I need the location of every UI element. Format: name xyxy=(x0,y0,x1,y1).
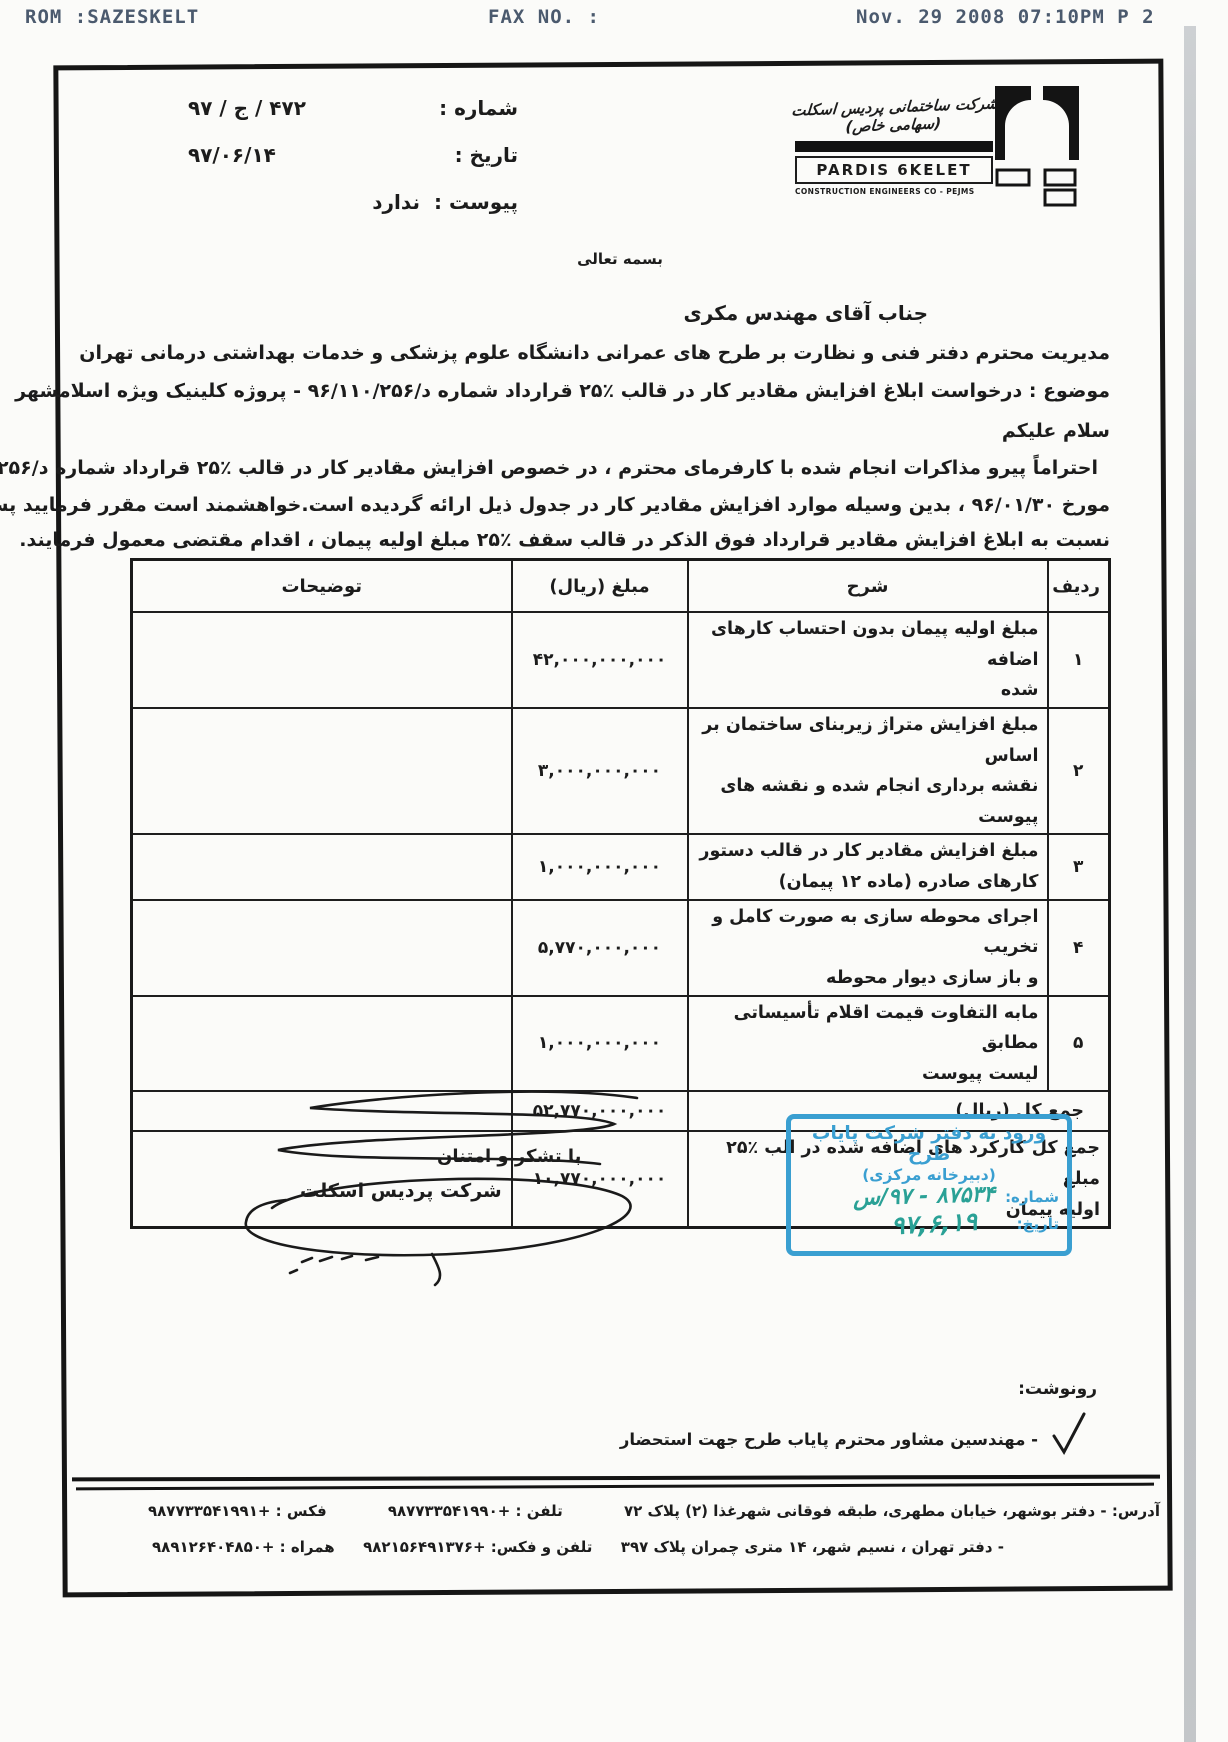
logo-bar xyxy=(795,141,993,152)
fax-header-from: ROM :SAZESKELT xyxy=(25,6,199,28)
ref-date-line: تاریخ : ۹۷/۰۶/۱۴ xyxy=(188,143,518,190)
header-notes: توضیحات xyxy=(132,560,512,613)
row-notes-cell xyxy=(132,834,512,899)
header-description: شرح xyxy=(688,560,1048,613)
ref-number-value: ۴۷۲ / ج / ۹۷ xyxy=(188,96,306,143)
row-desc-cell: اجرای محوطه سازی به صورت کامل و تخریب و … xyxy=(688,900,1048,996)
ref-attachment-value: ندارد xyxy=(372,190,420,237)
fax-header-datetime: Nov. 29 2008 07:10PM P 2 xyxy=(856,6,1155,28)
row-amount-cell: ۳,۰۰۰,۰۰۰,۰۰۰ xyxy=(512,708,688,835)
ref-number-line: شماره : ۴۷۲ / ج / ۹۷ xyxy=(188,96,518,143)
closing-thanks: با تشکر و امتنان xyxy=(437,1146,581,1167)
footer-address-1: آدرس: - دفتر بوشهر، خیابان مطهری، طبقه ف… xyxy=(624,1502,1160,1520)
row-notes-cell xyxy=(132,708,512,835)
ref-attachment-label: پیوست : xyxy=(434,190,518,237)
footer-address-2: - دفتر تهران ، نسیم شهر، ۱۴ متری چمران پ… xyxy=(621,1538,1004,1556)
company-logo-icon xyxy=(995,86,1079,208)
stamp-line1: ورود به دفتر شرکت پایاب طرح xyxy=(791,1123,1067,1165)
footer-fax-1: فکس : +۹۸۷۷۳۳۵۴۱۹۹۱ xyxy=(148,1502,327,1520)
basmala: بسمه تعالی xyxy=(535,250,705,268)
table-row: ۲ مبلغ افزایش متراژ زیربنای ساختمان بر ا… xyxy=(132,708,1110,835)
row-desc-cell: مبلغ افزایش متراژ زیربنای ساختمان بر اسا… xyxy=(688,708,1048,835)
salutation: سلام علیکم xyxy=(1002,420,1110,442)
row-no-cell: ۴ xyxy=(1048,900,1110,996)
row-desc-cell: مابه التفاوت قیمت اقلام تأسیساتی مطابق ل… xyxy=(688,996,1048,1092)
stamp-number-label: شماره: xyxy=(1005,1188,1059,1206)
ref-date-label: تاریخ : xyxy=(455,143,518,190)
ref-attachment-line: پیوست : ندارد xyxy=(188,190,518,237)
body-line-1: احتراماً پیرو مذاکرات انجام شده با کارفر… xyxy=(0,457,1098,479)
footer-line-1: آدرس: - دفتر بوشهر، خیابان مطهری، طبقه ف… xyxy=(148,1502,1160,1520)
row-desc-cell: مبلغ افزایش مقادیر کار در قالب دستور کار… xyxy=(688,834,1048,899)
logo-subtitle: CONSTRUCTION ENGINEERS CO - PEJMS xyxy=(795,187,993,196)
table-row: ۳ مبلغ افزایش مقادیر کار در قالب دستور ک… xyxy=(132,834,1110,899)
row-amount-cell: ۵,۷۷۰,۰۰۰,۰۰۰ xyxy=(512,900,688,996)
footer-mobile-2: همراه : +۹۸۹۱۲۶۴۰۴۸۵۰ xyxy=(152,1538,335,1556)
company-name-signature: شرکت پردیس اسکلت xyxy=(300,1180,502,1202)
ref-number-label: شماره : xyxy=(439,96,518,143)
logo-name: PARDIS 6KELET xyxy=(795,156,993,184)
row-amount-cell: ۴۲,۰۰۰,۰۰۰,۰۰۰ xyxy=(512,612,688,708)
ref-date-value: ۹۷/۰۶/۱۴ xyxy=(188,143,276,190)
stamp-date-label: تاریخ: xyxy=(1017,1215,1059,1233)
entry-stamp: ورود به دفتر شرکت پایاب طرح (دبیرخانه مر… xyxy=(786,1114,1072,1256)
row-notes-cell xyxy=(132,900,512,996)
cc-label: رونوشت: xyxy=(1018,1379,1097,1399)
logo-box: PARDIS 6KELET CONSTRUCTION ENGINEERS CO … xyxy=(795,141,993,196)
footer-telfax-2: تلفن و فکس: +۹۸۲۱۵۶۴۹۱۳۷۶ xyxy=(363,1538,592,1556)
cc-item: - مهندسین مشاور محترم پایاب طرح جهت استح… xyxy=(620,1430,1038,1449)
row-no-cell: ۵ xyxy=(1048,996,1110,1092)
scan-edge-artifact xyxy=(1184,26,1196,1742)
stamp-line2: (دبیرخانه مرکزی) xyxy=(791,1166,1067,1184)
row-no-cell: ۲ xyxy=(1048,708,1110,835)
subject-line: موضوع : درخواست ابلاغ افزایش مقادیر کار … xyxy=(15,380,1110,402)
footer-line-2: - دفتر تهران ، نسیم شهر، ۱۴ متری چمران پ… xyxy=(152,1538,1004,1556)
table-row: ۱ مبلغ اولیه پیمان بدون احتساب کارهای اض… xyxy=(132,612,1110,708)
table-header-row: ردیف شرح مبلغ (ریال) توضیحات xyxy=(132,560,1110,613)
checkmark-icon xyxy=(1050,1410,1088,1456)
header-row-no: ردیف xyxy=(1048,560,1110,613)
scanned-fax-letter: { "fax_header": { "from": "ROM :SAZESKEL… xyxy=(0,0,1228,1742)
fax-header-number: FAX NO. : xyxy=(488,6,600,28)
row-amount-cell: ۱,۰۰۰,۰۰۰,۰۰۰ xyxy=(512,834,688,899)
recipient-title: مدیریت محترم دفتر فنی و نظارت بر طرح های… xyxy=(79,342,1110,364)
row-notes-cell xyxy=(132,612,512,708)
footer-phone-1: تلفن : +۹۸۷۷۳۳۵۴۱۹۹۰ xyxy=(388,1502,563,1520)
row-no-cell: ۳ xyxy=(1048,834,1110,899)
recipient-name: جناب آقای مهندس مکری xyxy=(683,301,928,325)
header-amount: مبلغ (ریال) xyxy=(512,560,688,613)
body-line-3: نسبت به ابلاغ افزایش مقادیر قرارداد فوق … xyxy=(19,529,1110,551)
body-line-2: مورخ ۹۶/۰۱/۳۰ ، بدین وسیله موارد افزایش … xyxy=(0,494,1110,516)
table-row: ۴ اجرای محوطه سازی به صورت کامل و تخریب … xyxy=(132,900,1110,996)
stamp-date-value: ۹۷,۶,۱۹ xyxy=(890,1207,978,1240)
reference-block: شماره : ۴۷۲ / ج / ۹۷ تاریخ : ۹۷/۰۶/۱۴ پی… xyxy=(188,96,518,237)
row-desc-cell: مبلغ اولیه پیمان بدون احتساب کارهای اضاف… xyxy=(688,612,1048,708)
row-no-cell: ۱ xyxy=(1048,612,1110,708)
